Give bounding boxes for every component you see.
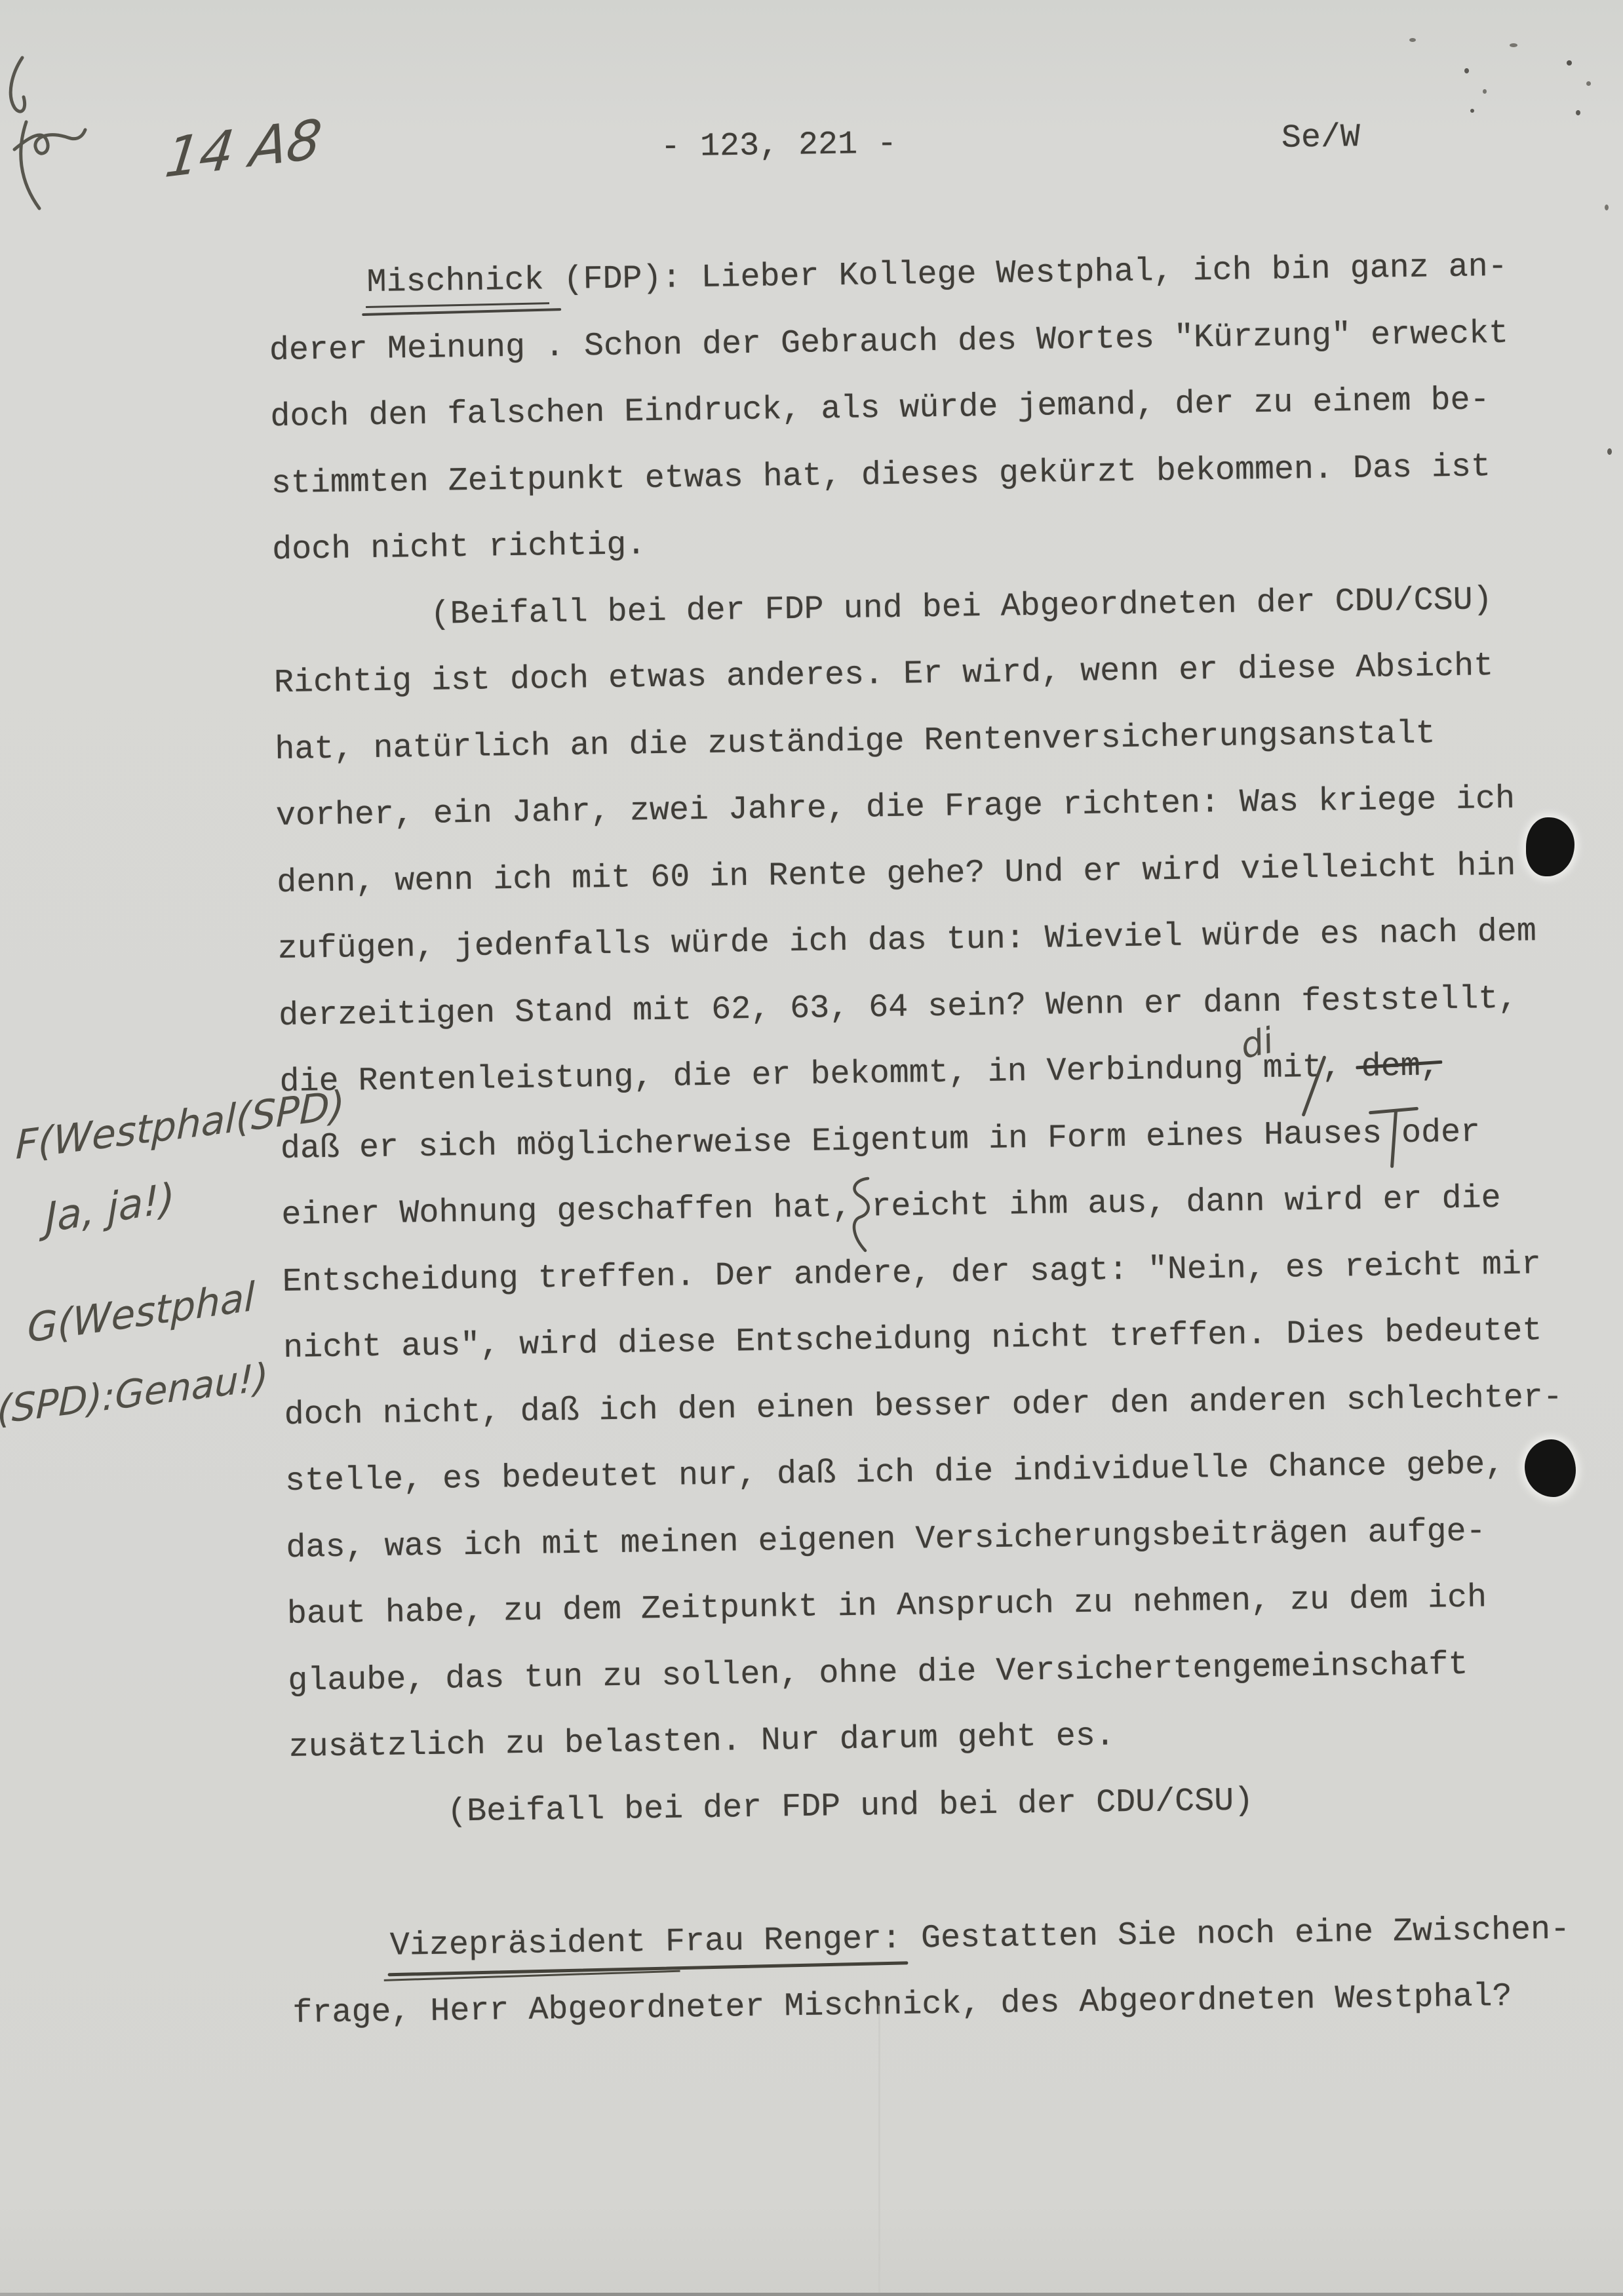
paper-speck — [1470, 109, 1474, 113]
page-number: - 123, 221 - — [661, 128, 897, 164]
speaker-name: Mischnick — [366, 247, 544, 316]
typed-line-text: Gestatten Sie noch eine Zwischen- — [901, 1911, 1571, 1957]
handwritten-page-code: 14 A8 — [162, 107, 325, 190]
strikethrough-word: dem, — [1361, 1033, 1440, 1100]
paper-speck — [1605, 204, 1609, 210]
deleatur-mark-icon — [844, 1175, 876, 1253]
paper-speck — [1464, 68, 1469, 73]
paper-speck — [1483, 89, 1487, 94]
typist-initials: Se/W — [1281, 121, 1361, 155]
paper-crease — [878, 2006, 880, 2294]
scan-edge — [0, 2293, 1623, 2296]
typed-line-text: (FDP): Lieber Kollege Westphal, ich bin … — [543, 248, 1508, 300]
paper-speck — [1586, 81, 1591, 86]
paper-speck — [1409, 38, 1416, 42]
margin-note-westphal-ja-line2: Ja, ja!) — [45, 1173, 176, 1242]
margin-note-westphal-genau-line2: (SPD):Genau!) — [0, 1354, 269, 1432]
speaker-name: Vizepräsident Frau Renger: — [389, 1905, 901, 1979]
paper-speck — [1567, 60, 1572, 66]
paper-speck — [1576, 110, 1580, 115]
paper-speck — [1510, 43, 1517, 47]
signature-squiggle-icon — [0, 51, 105, 215]
paper-speck — [1607, 448, 1612, 455]
margin-note-westphal-genau: G(Westphal — [28, 1274, 255, 1352]
typed-text-block: Mischnick (FDP): Lieber Kollege Westphal… — [268, 233, 1611, 2047]
typed-line-text: die Rentenleistung, die er bekommt, in V… — [279, 1049, 1361, 1101]
scanned-document-page: 14 A8 - 123, 221 - Se/W Mischnick (FDP):… — [0, 0, 1623, 2296]
